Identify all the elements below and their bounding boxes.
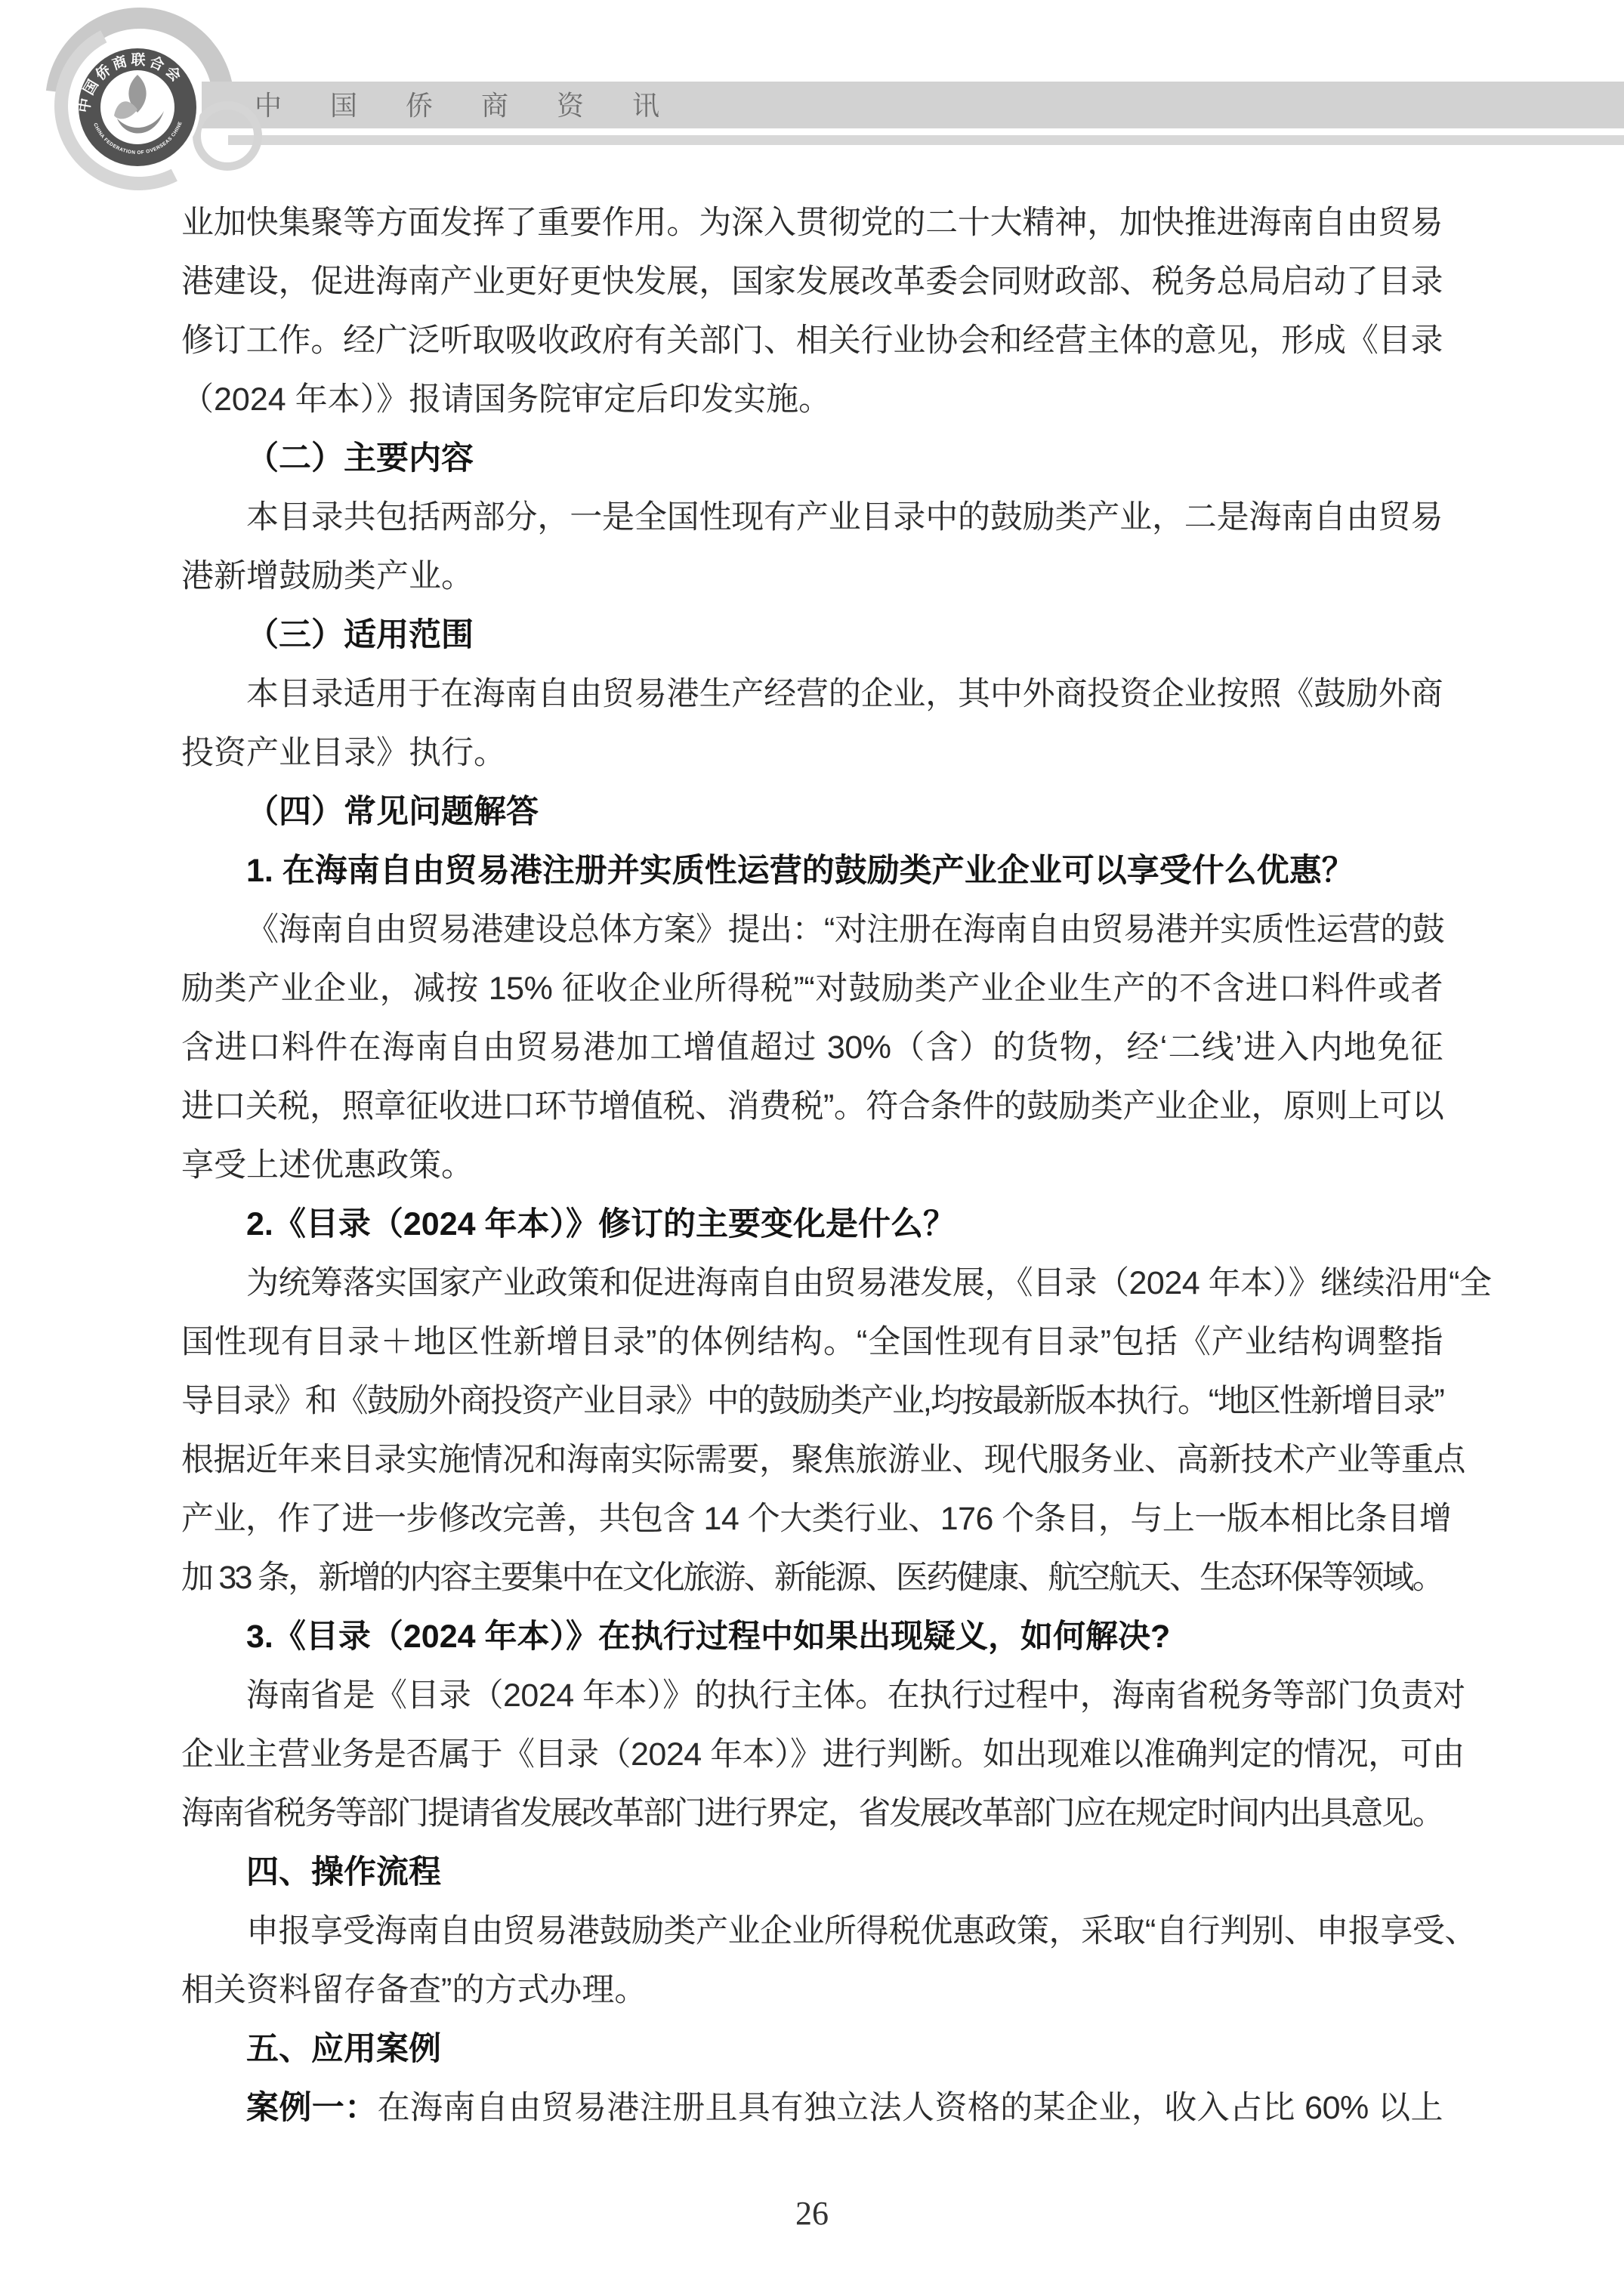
text-run: （四）常见问题解答 [246,794,539,830]
text-line: 励类产业企业，减按 15% 征收企业所得税”“对鼓励类产业企业生产的不含进口料件… [181,959,1443,1018]
text-line: 2.《目录（2024 年本）》修订的主要变化是什么？ [181,1195,1443,1254]
text-run: 业加快集聚等方面发挥了重要作用。为深入贯彻党的二十大精神，加快推进海南自由贸易 [181,205,1443,241]
text-run: （三）适用范围 [246,617,474,653]
text-run: 1. 在海南自由贸易港注册并实质性运营的鼓励类产业企业可以享受什么优惠？ [246,853,1354,889]
text-line: 国性现有目录＋地区性新增目录”的体例结构。“全国性现有目录”包括《产业结构调整指 [181,1313,1443,1372]
text-line: 海南省税务等部门提请省发展改革部门进行界定，省发展改革部门应在规定时间内出具意见… [181,1784,1443,1843]
text-line: 投资产业目录》执行。 [181,724,1443,782]
text-line: 企业主营业务是否属于《目录（2024 年本）》进行判断。如出现难以准确判定的情况… [181,1725,1443,1784]
text-line: （三）适用范围 [181,606,1443,665]
text-run: 相关资料留存备查”的方式办理。 [181,1972,647,2008]
text-run: 进口关税，照章征收进口环节增值税、消费税”。符合条件的鼓励类产业企业，原则上可以 [181,1088,1443,1125]
text-line: 港新增鼓励类产业。 [181,547,1443,606]
text-line: 四、操作流程 [181,1843,1443,1902]
text-line: 导目录》和《鼓励外商投资产业目录》中的鼓励类产业,均按最新版本执行。“地区性新增… [181,1372,1443,1430]
text-run: （2024 年本）》报请国务院审定后印发实施。 [181,381,831,418]
text-line: 产业，作了进一步修改完善，共包含 14 个大类行业、176 个条目，与上一版本相… [181,1489,1443,1548]
text-line: 1. 在海南自由贸易港注册并实质性运营的鼓励类产业企业可以享受什么优惠？ [181,841,1443,900]
text-line: 修订工作。经广泛听取吸收政府有关部门、相关行业协会和经营主体的意见，形成《目录 [181,311,1443,370]
text-line: 加 33 条，新增的内容主要集中在文化旅游、新能源、医药健康、航空航天、生态环保… [181,1548,1443,1607]
text-run: 励类产业企业，减按 15% 征收企业所得税”“对鼓励类产业企业生产的不含进口料件… [181,971,1443,1007]
text-run: 海南省税务等部门提请省发展改革部门进行界定，省发展改革部门应在规定时间内出具意见… [181,1795,1443,1832]
text-run: 2.《目录（2024 年本）》修订的主要变化是什么？ [246,1206,956,1242]
header-stripe [228,135,1624,145]
text-run: 申报享受海南自由贸易港鼓励类产业企业所得税优惠政策，采取“自行判别、申报享受、 [246,1913,1477,1949]
text-run: 海南省是《目录（2024 年本）》的执行主体。在执行过程中，海南省税务等部门负责… [246,1677,1465,1714]
page-number: 26 [0,2194,1624,2233]
text-run: 享受上述优惠政策。 [181,1147,474,1184]
text-run: 港建设，促进海南产业更好更快发展，国家发展改革委会同财政部、税务总局启动了目录 [181,264,1443,300]
text-run: （二）主要内容 [246,440,474,477]
text-line: 进口关税，照章征收进口环节增值税、消费税”。符合条件的鼓励类产业企业，原则上可以 [181,1077,1443,1136]
text-line: （二）主要内容 [181,429,1443,488]
text-run: 导目录》和《鼓励外商投资产业目录》中的鼓励类产业,均按最新版本执行。“地区性新增… [181,1383,1443,1419]
text-line: 本目录共包括两部分，一是全国性现有产业目录中的鼓励类产业，二是海南自由贸易 [181,488,1443,547]
logo-ring-outline [193,101,262,171]
text-run: 3.《目录（2024 年本）》在执行过程中如果出现疑义，如何解决? [246,1619,1170,1655]
text-line: （四）常见问题解答 [181,782,1443,841]
text-line: 申报享受海南自由贸易港鼓励类产业企业所得税优惠政策，采取“自行判别、申报享受、 [181,1902,1443,1961]
text-run: 含进口料件在海南自由贸易港加工增值超过 30%（含）的货物，经‘二线’进入内地免… [181,1029,1443,1066]
text-run: 在海南自由贸易港注册且具有独立法人资格的某企业，收入占比 60% 以上 [378,2090,1443,2126]
text-run: 《海南自由贸易港建设总体方案》提出：“对注册在海南自由贸易港并实质性运营的鼓 [246,912,1444,948]
text-line: 享受上述优惠政策。 [181,1136,1443,1195]
text-run: 案例一： [246,2090,378,2126]
text-line: 案例一：在海南自由贸易港注册且具有独立法人资格的某企业，收入占比 60% 以上 [181,2079,1443,2137]
association-logo-icon: 中国侨商联合会 CHINA FEDERATION OF OVERSEAS CHI… [73,43,202,171]
text-line: 海南省是《目录（2024 年本）》的执行主体。在执行过程中，海南省税务等部门负责… [181,1666,1443,1725]
text-run: 修订工作。经广泛听取吸收政府有关部门、相关行业协会和经营主体的意见，形成《目录 [181,323,1443,359]
text-run: 本目录适用于在海南自由贸易港生产经营的企业，其中外商投资企业按照《鼓励外商 [246,676,1443,712]
text-run: 加 33 条，新增的内容主要集中在文化旅游、新能源、医药健康、航空航天、生态环保… [181,1560,1443,1596]
text-run: 根据近年来目录实施情况和海南实际需要，聚焦旅游业、现代服务业、高新技术产业等重点 [181,1442,1465,1478]
text-run: 产业，作了进一步修改完善，共包含 14 个大类行业、176 个条目，与上一版本相… [181,1501,1451,1537]
text-run: 国性现有目录＋地区性新增目录”的体例结构。“全国性现有目录”包括《产业结构调整指 [181,1324,1443,1360]
text-run: 本目录共包括两部分，一是全国性现有产业目录中的鼓励类产业，二是海南自由贸易 [246,499,1443,535]
text-line: 港建设，促进海南产业更好更快发展，国家发展改革委会同财政部、税务总局启动了目录 [181,252,1443,311]
text-line: 3.《目录（2024 年本）》在执行过程中如果出现疑义，如何解决? [181,1607,1443,1666]
text-run: 五、应用案例 [246,2031,441,2067]
text-line: 业加快集聚等方面发挥了重要作用。为深入贯彻党的二十大精神，加快推进海南自由贸易 [181,193,1443,252]
text-run: 为统筹落实国家产业政策和促进海南自由贸易港发展，《目录（2024 年本）》继续沿… [246,1265,1491,1301]
text-line: （2024 年本）》报请国务院审定后印发实施。 [181,370,1443,429]
document-body: 业加快集聚等方面发挥了重要作用。为深入贯彻党的二十大精神，加快推进海南自由贸易港… [181,193,1443,2137]
text-line: 相关资料留存备查”的方式办理。 [181,1961,1443,2020]
text-line: 根据近年来目录实施情况和海南实际需要，聚焦旅游业、现代服务业、高新技术产业等重点 [181,1430,1443,1489]
text-line: 含进口料件在海南自由贸易港加工增值超过 30%（含）的货物，经‘二线’进入内地免… [181,1018,1443,1077]
text-run: 港新增鼓励类产业。 [181,558,474,594]
text-line: 本目录适用于在海南自由贸易港生产经营的企业，其中外商投资企业按照《鼓励外商 [181,665,1443,724]
text-run: 投资产业目录》执行。 [181,735,506,771]
text-line: 《海南自由贸易港建设总体方案》提出：“对注册在海南自由贸易港并实质性运营的鼓 [181,900,1443,959]
page: 中国侨商资讯 中国侨商联合会 CHINA FEDERATION OF OVERS… [0,0,1624,2293]
text-line: 为统筹落实国家产业政策和促进海南自由贸易港发展，《目录（2024 年本）》继续沿… [181,1254,1443,1313]
text-run: 四、操作流程 [246,1854,441,1890]
banner-title: 中国侨商资讯 [255,82,708,128]
text-run: 企业主营业务是否属于《目录（2024 年本）》进行判断。如出现难以准确判定的情况… [181,1736,1465,1773]
text-line: 五、应用案例 [181,2020,1443,2079]
